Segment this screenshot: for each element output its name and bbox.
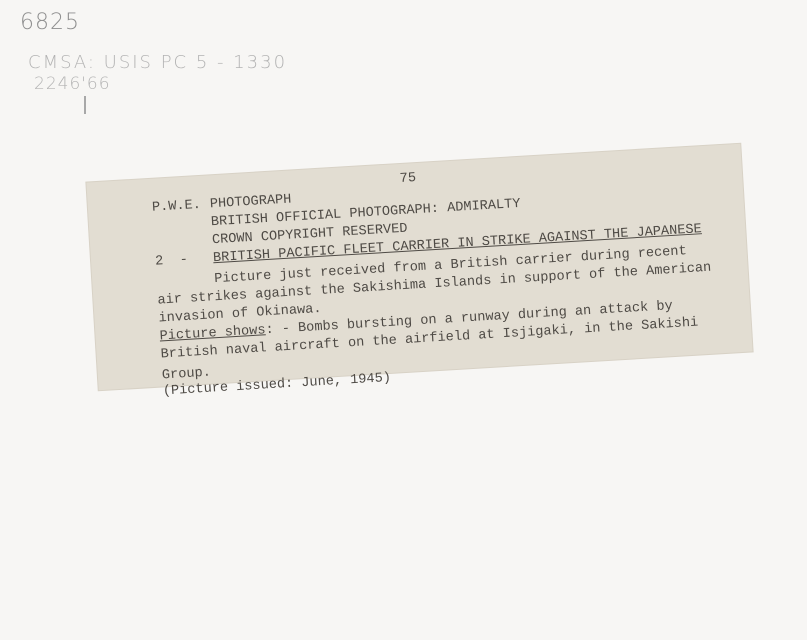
caption-label: 75 P.W.E. PHOTOGRAPH BRITISH OFFICIAL PH… — [86, 144, 752, 390]
page-number: 75 — [399, 171, 416, 187]
source-agency: P.W.E. — [152, 198, 202, 216]
body-line-6: Group. — [162, 366, 212, 384]
caption-line-photograph: PHOTOGRAPH — [209, 192, 291, 212]
pencil-archive-number: 6825 — [20, 10, 80, 35]
item-number: 2 - — [155, 253, 188, 270]
pencil-mark — [84, 96, 86, 114]
pencil-reference: CMSA: USIS PC 5 - 1330 — [28, 52, 287, 73]
pencil-date: 2246'66 — [34, 74, 111, 94]
